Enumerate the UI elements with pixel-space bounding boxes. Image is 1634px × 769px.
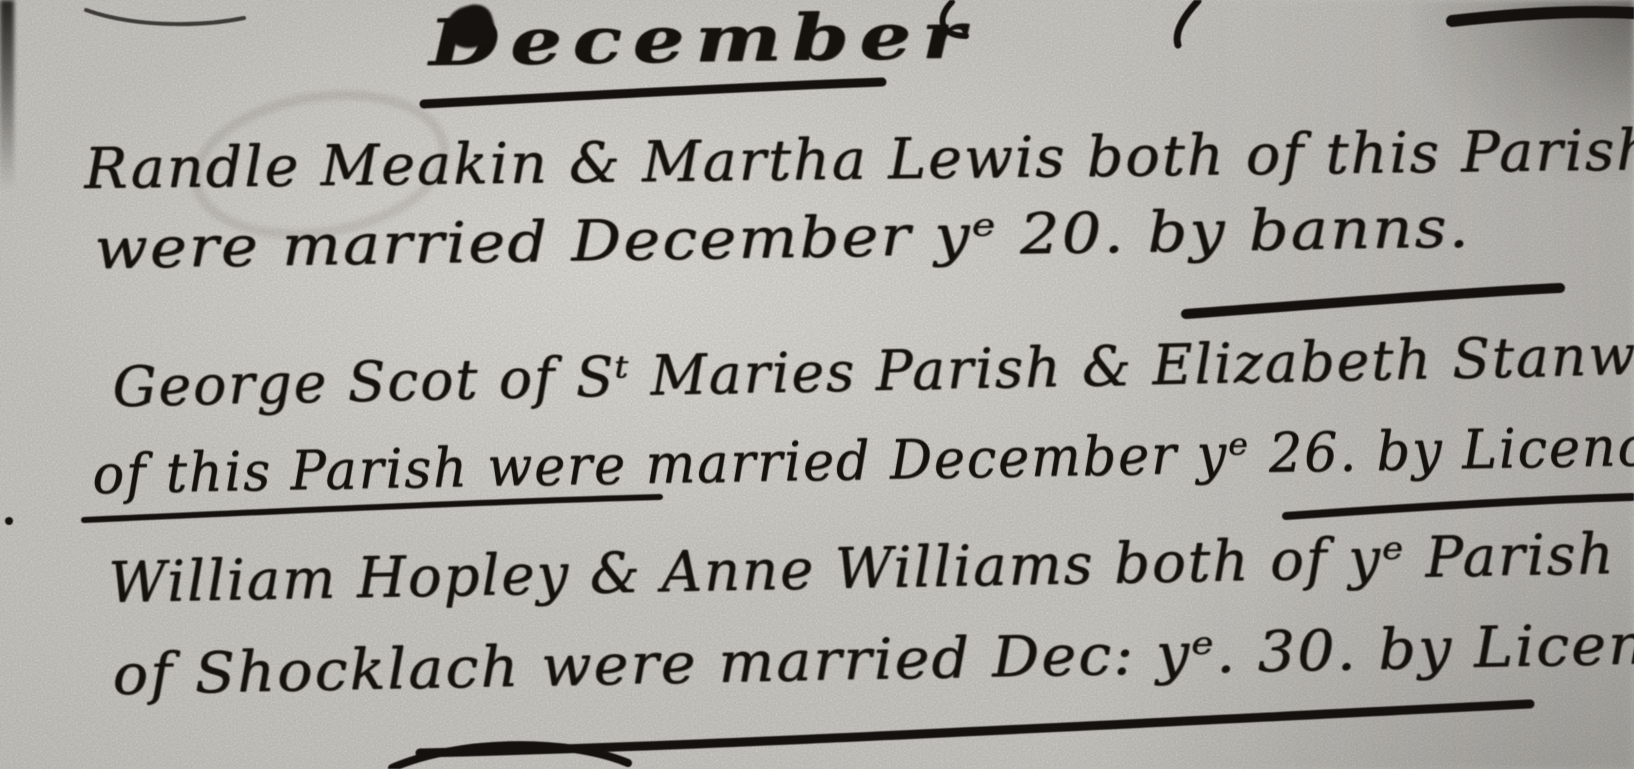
top-left-stroke-fragment [86,10,244,24]
top-right-bar-fragment [1452,12,1633,21]
top-right-letter-fragment [1177,1,1198,45]
heading-underline-flourish [424,82,882,104]
entry3-bottom-underline-flourish [420,704,1530,753]
entry2-left-underline-flourish [84,497,660,520]
entry2-licence-underline-flourish [1286,497,1632,516]
ink-dot-left-margin [5,517,13,525]
entry1-banns-underline-flourish [1186,288,1560,314]
decorative-strokes-layer [0,0,1634,769]
top-center-letter-fragment [943,2,966,36]
register-page-scan: December Randle Meakin & Martha Lewis bo… [0,0,1634,769]
